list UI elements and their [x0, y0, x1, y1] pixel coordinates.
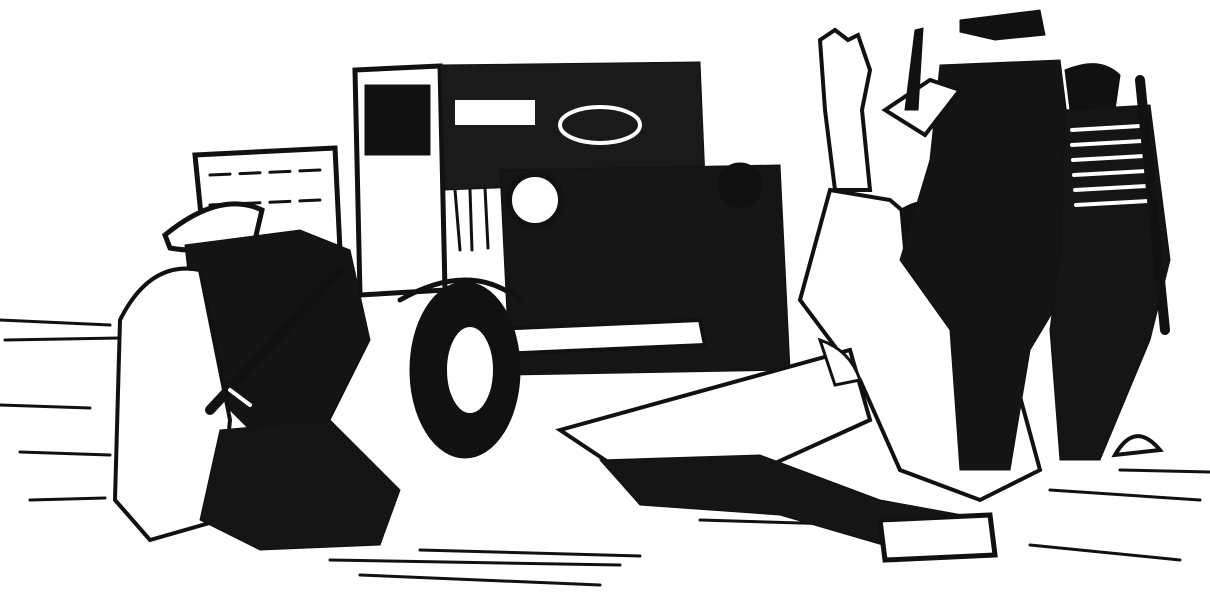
ink-illustration	[0, 0, 1210, 592]
striped-shirt-figure	[1050, 64, 1170, 460]
